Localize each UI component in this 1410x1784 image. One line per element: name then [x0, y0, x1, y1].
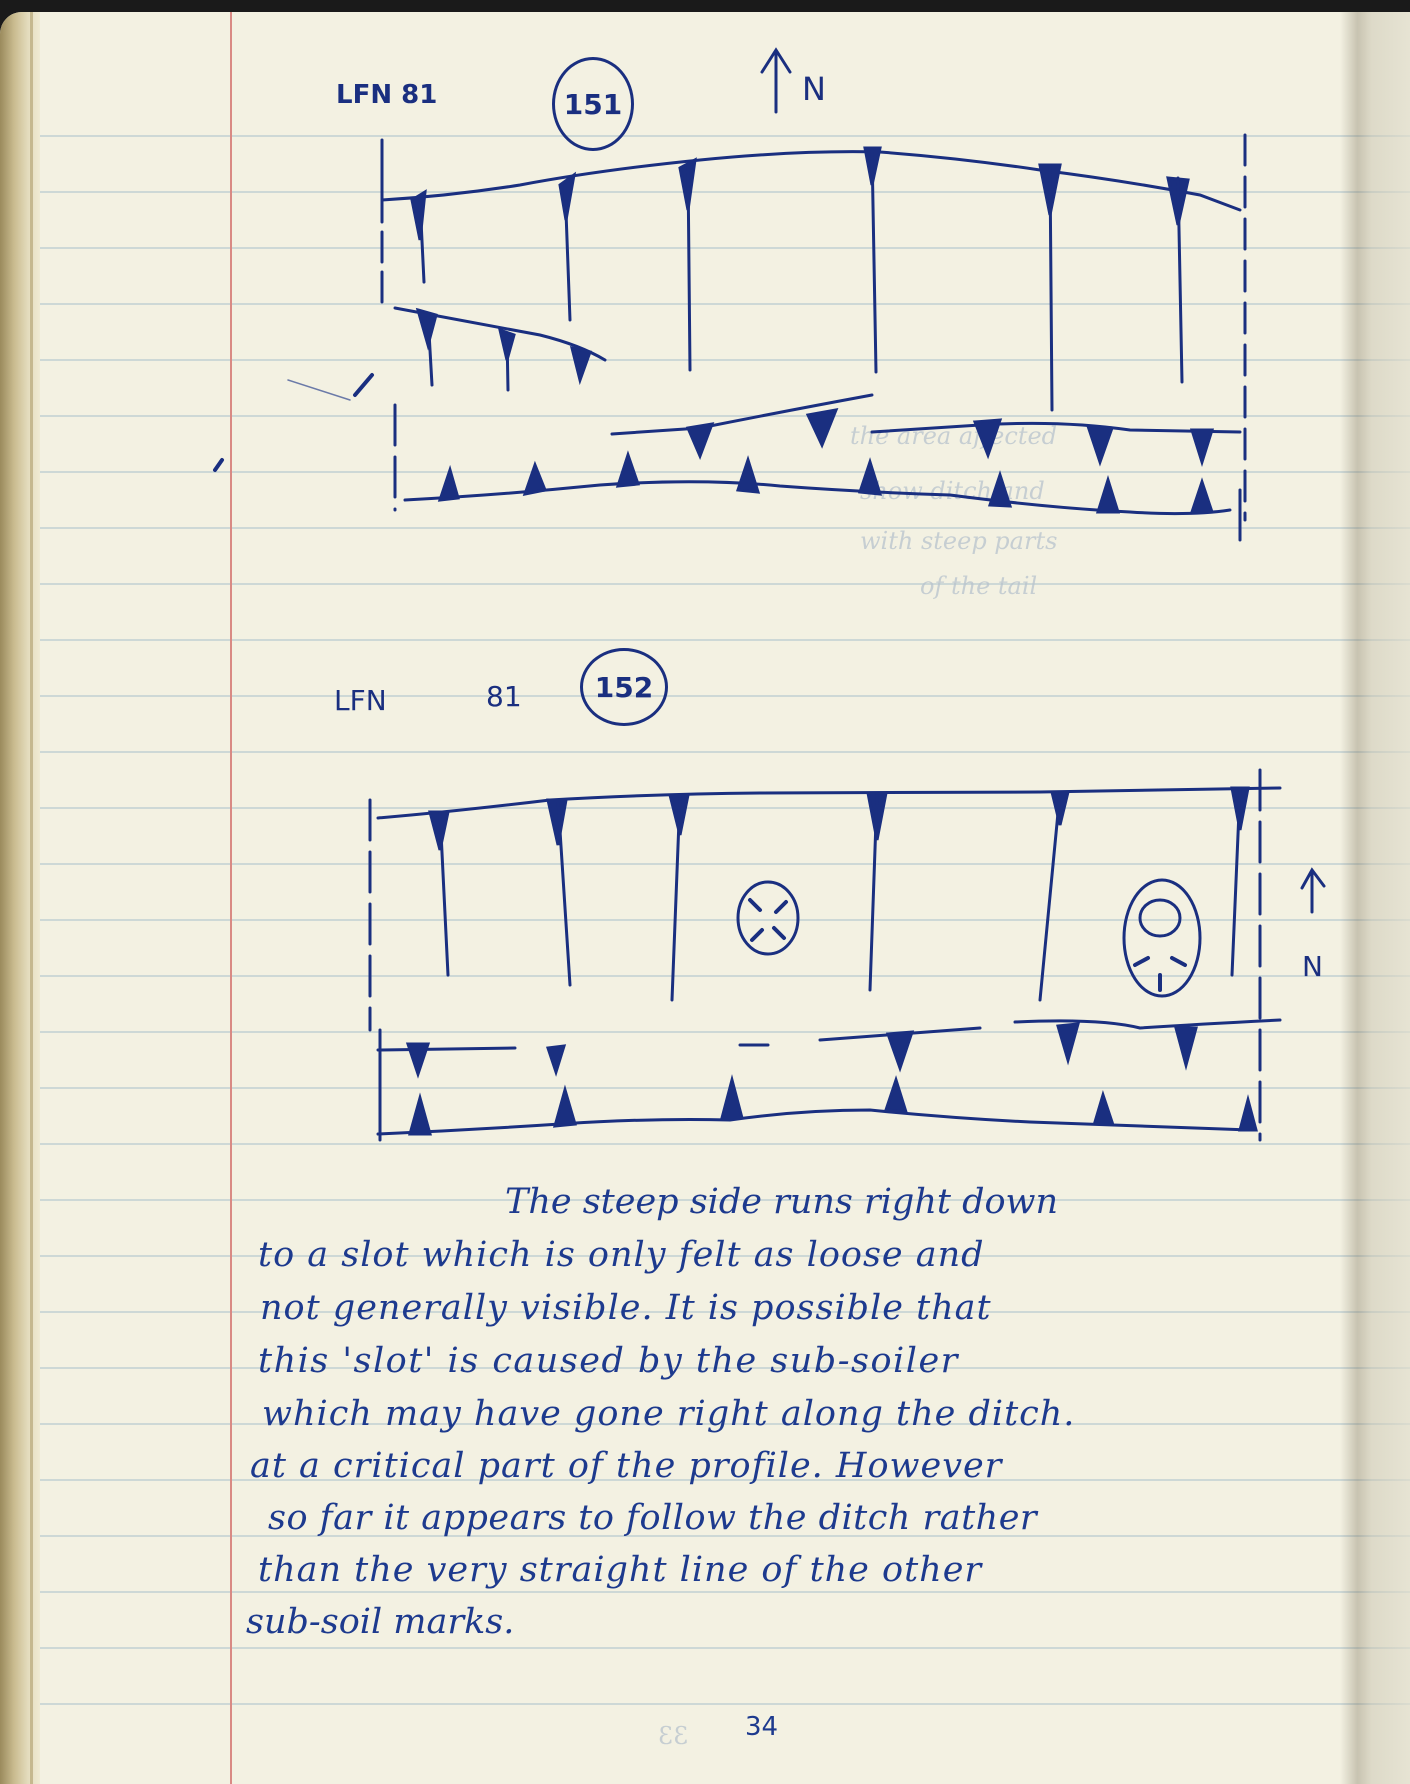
note-line-2: to a slot which is only felt as loose an… — [258, 1235, 985, 1275]
note-line-7: so far it appears to follow the ditch ra… — [268, 1498, 1037, 1538]
note-line-4: this 'slot' is caused by the sub-soiler — [258, 1341, 959, 1381]
bleed-page-number: 33 — [658, 1722, 689, 1750]
pit-feature — [738, 882, 798, 954]
note-line-1: The steep side runs right down — [505, 1182, 1058, 1222]
north-arrow-icon — [1302, 870, 1324, 912]
page-number: 34 — [745, 1712, 778, 1742]
north-arrow-icon — [762, 50, 790, 112]
note-line-8: than the very straight line of the other — [258, 1550, 982, 1590]
notebook-page: the area affected show ditch and with st… — [0, 12, 1410, 1784]
note-line-9: sub-soil marks. — [246, 1602, 514, 1642]
note-line-3: not generally visible. It is possible th… — [260, 1288, 992, 1328]
pit-feature — [1124, 880, 1200, 996]
note-line-5: which may have gone right along the ditc… — [262, 1394, 1075, 1434]
note-line-6: at a critical part of the profile. Howev… — [250, 1446, 1002, 1486]
